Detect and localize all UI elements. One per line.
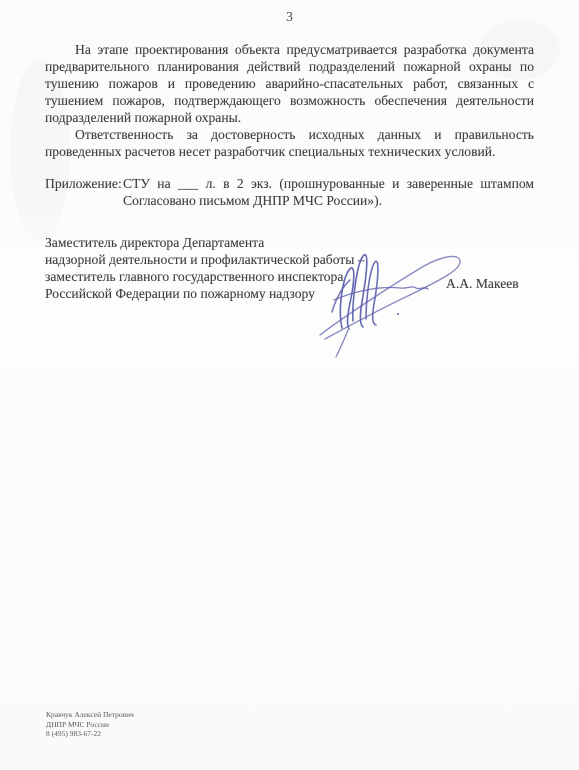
paragraph-line: На этапе проектирования объекта предусма… [45, 41, 534, 58]
paragraph-line: тушению пожаров и проведению аварийно-сп… [45, 75, 534, 92]
paragraph-line: предварительного планирования действий п… [45, 58, 534, 75]
paragraph-responsibility: Ответственность за достоверность исходны… [45, 126, 534, 160]
executor-footer: Кравчук Алексей Петрович ДНПР МЧС России… [46, 710, 134, 739]
signer-name: А.А. Макеев [446, 276, 519, 292]
scan-smudge [10, 60, 70, 240]
signature-ink [312, 240, 472, 360]
attachment-section: Приложение: СТУ на ___ л. в 2 экз. (прош… [45, 175, 534, 209]
executor-phone: 8 (495) 983-67-22 [46, 729, 134, 739]
signature-strokes [320, 255, 460, 357]
attachment-line: Согласовано письмом ДНПР МЧС России»). [123, 192, 534, 209]
executor-department: ДНПР МЧС России [46, 720, 134, 730]
attachment-line: СТУ на ___ л. в 2 экз. (прошнурованные и… [123, 175, 534, 192]
executor-name: Кравчук Алексей Петрович [46, 710, 134, 720]
paragraph-line: Ответственность за достоверность исходны… [45, 126, 534, 143]
scan-smudge [480, 20, 560, 80]
page-number: 3 [0, 9, 579, 25]
paragraph-planning: На этапе проектирования объекта предусма… [45, 41, 534, 126]
paragraph-line: проведенных расчетов несет разработчик с… [45, 143, 534, 160]
paragraph-line: подразделений пожарной охраны. [45, 109, 534, 126]
paragraph-line: тушением пожаров, подтверждающего возмож… [45, 92, 534, 109]
attachment-text: СТУ на ___ л. в 2 экз. (прошнурованные и… [123, 175, 534, 209]
scanned-document-page: 3 На этапе проектирования объекта предус… [0, 0, 579, 770]
